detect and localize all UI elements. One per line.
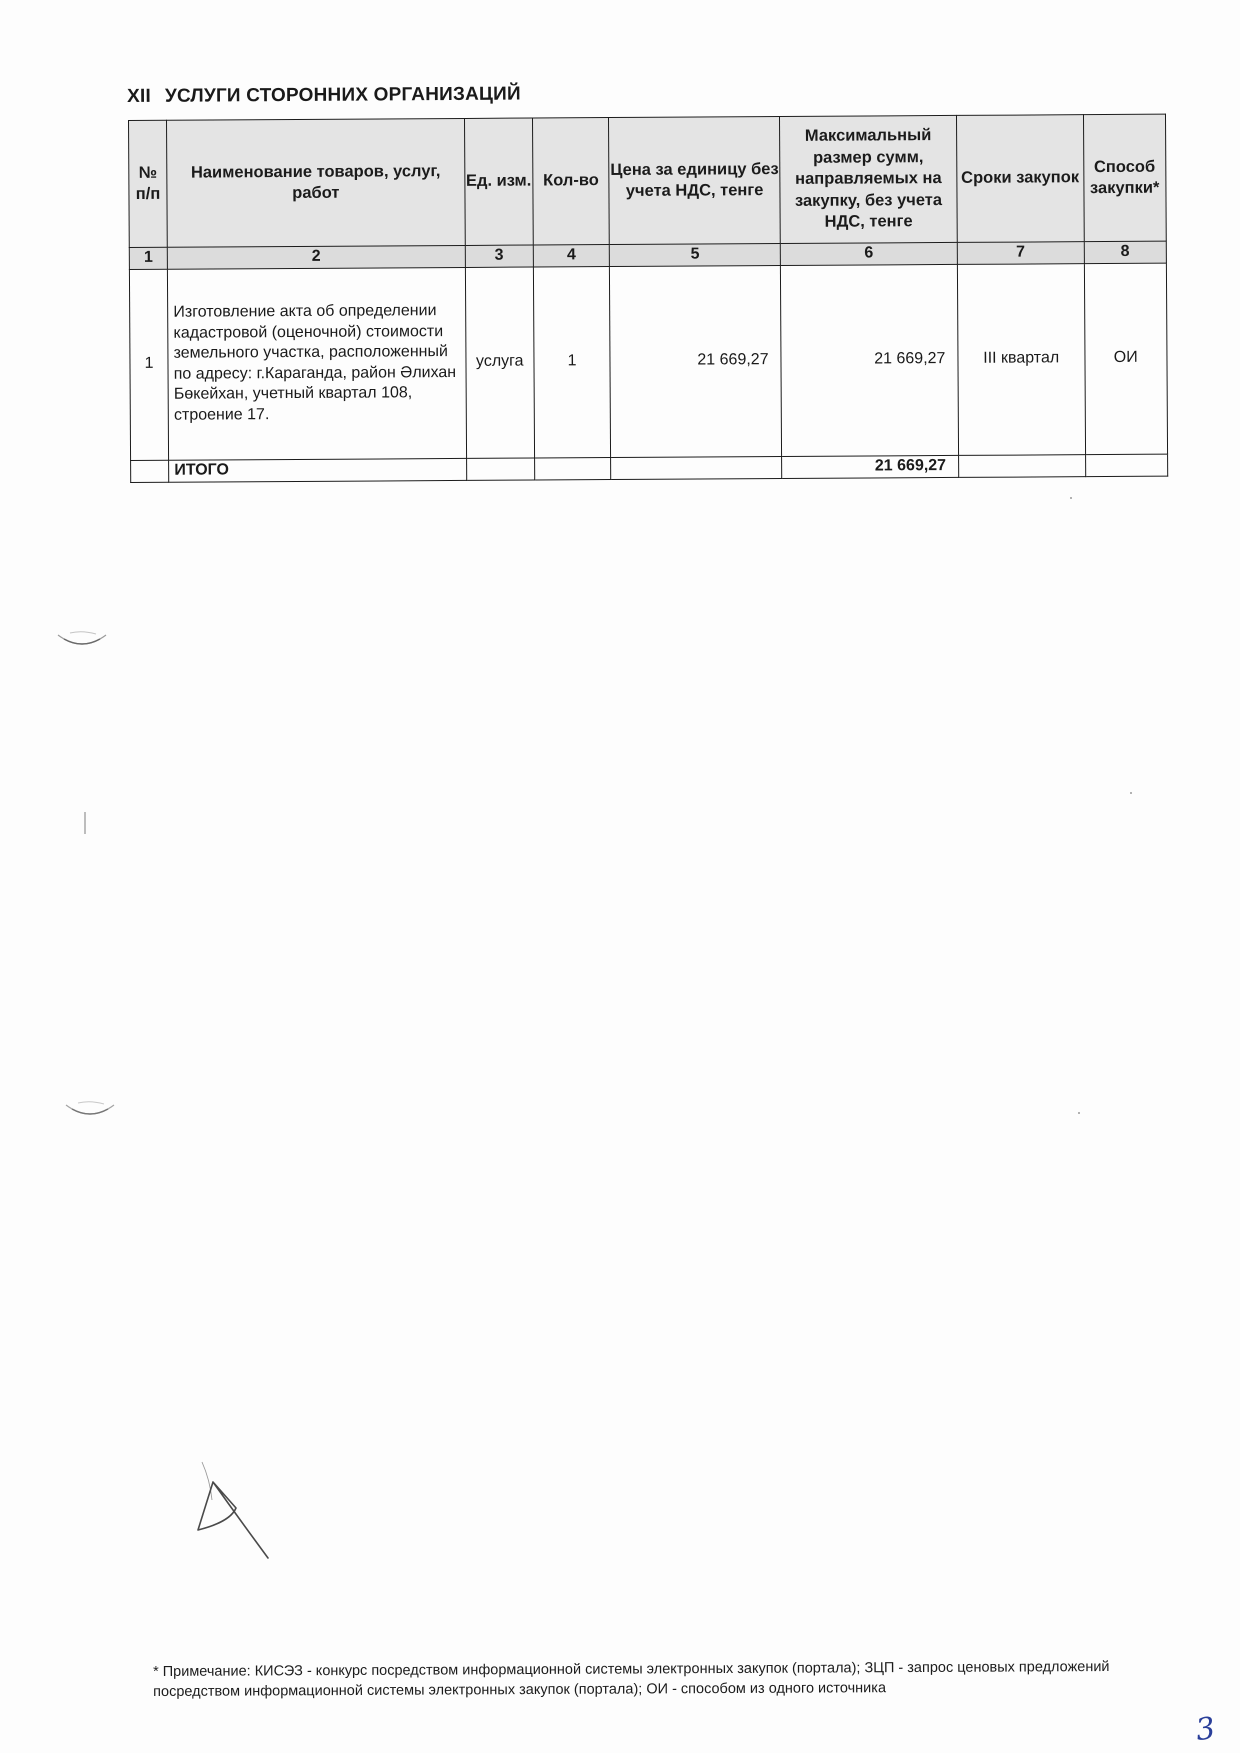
section-heading: XIIУСЛУГИ СТОРОННИХ ОРГАНИЗАЦИЙ — [127, 84, 521, 108]
header-quantity: Кол-во — [532, 118, 609, 245]
total-empty-cell — [466, 458, 534, 480]
column-number: 1 — [129, 247, 167, 269]
section-title: УСЛУГИ СТОРОННИХ ОРГАНИЗАЦИЙ — [165, 84, 521, 107]
item-unit: услуга — [465, 267, 534, 458]
total-empty-cell — [1085, 454, 1168, 476]
footnote: * Примечание: КИСЭЗ - конкурс посредство… — [153, 1657, 1153, 1702]
handwritten-signature — [190, 1460, 280, 1560]
header-unit: Ед. изм. — [464, 118, 533, 245]
total-amount: 21 669,27 — [782, 455, 959, 478]
total-empty-cell — [959, 454, 1086, 477]
punch-hole-mark — [54, 627, 110, 649]
item-unit-price: 21 669,27 — [610, 265, 782, 457]
item-period: III квартал — [957, 263, 1085, 455]
punch-hole-mark — [62, 1097, 118, 1119]
procurement-table: № п/п Наименование товаров, услуг, работ… — [128, 114, 1168, 483]
total-label: ИТОГО — [169, 458, 467, 482]
header-method: Способ закупки* — [1083, 114, 1166, 242]
column-number: 3 — [465, 245, 533, 267]
scan-speck — [1078, 1112, 1080, 1114]
column-number: 4 — [533, 245, 609, 267]
total-empty-cell — [611, 456, 782, 479]
header-period: Сроки закупок — [956, 115, 1083, 243]
total-empty-cell — [131, 460, 169, 482]
table-row: 1 Изготовление акта об определении кадас… — [129, 263, 1167, 460]
header-number: № п/п — [129, 120, 168, 247]
item-name: Изготовление акта об определении кадастр… — [168, 267, 467, 460]
header-name: Наименование товаров, услуг, работ — [167, 118, 465, 247]
total-empty-cell — [534, 457, 610, 479]
item-max-amount: 21 669,27 — [780, 264, 958, 456]
column-number: 8 — [1084, 241, 1167, 263]
column-number: 6 — [780, 242, 957, 265]
margin-mark — [84, 812, 86, 834]
procurement-table-container: № п/п Наименование товаров, услуг, работ… — [128, 114, 1168, 483]
column-number: 7 — [957, 242, 1084, 265]
header-row: № п/п Наименование товаров, услуг, работ… — [129, 114, 1167, 247]
scan-speck — [1130, 792, 1132, 794]
column-number: 2 — [167, 245, 465, 269]
section-number: XII — [127, 86, 151, 107]
column-number: 5 — [610, 244, 781, 267]
scan-speck — [1070, 497, 1072, 499]
header-max-amount: Максимальный размер сумм, направляемых н… — [780, 115, 958, 243]
item-method: ОИ — [1084, 263, 1168, 455]
header-unit-price: Цена за единицу без учета НДС, тенге — [609, 117, 781, 245]
row-number: 1 — [129, 269, 168, 460]
item-quantity: 1 — [533, 266, 611, 457]
